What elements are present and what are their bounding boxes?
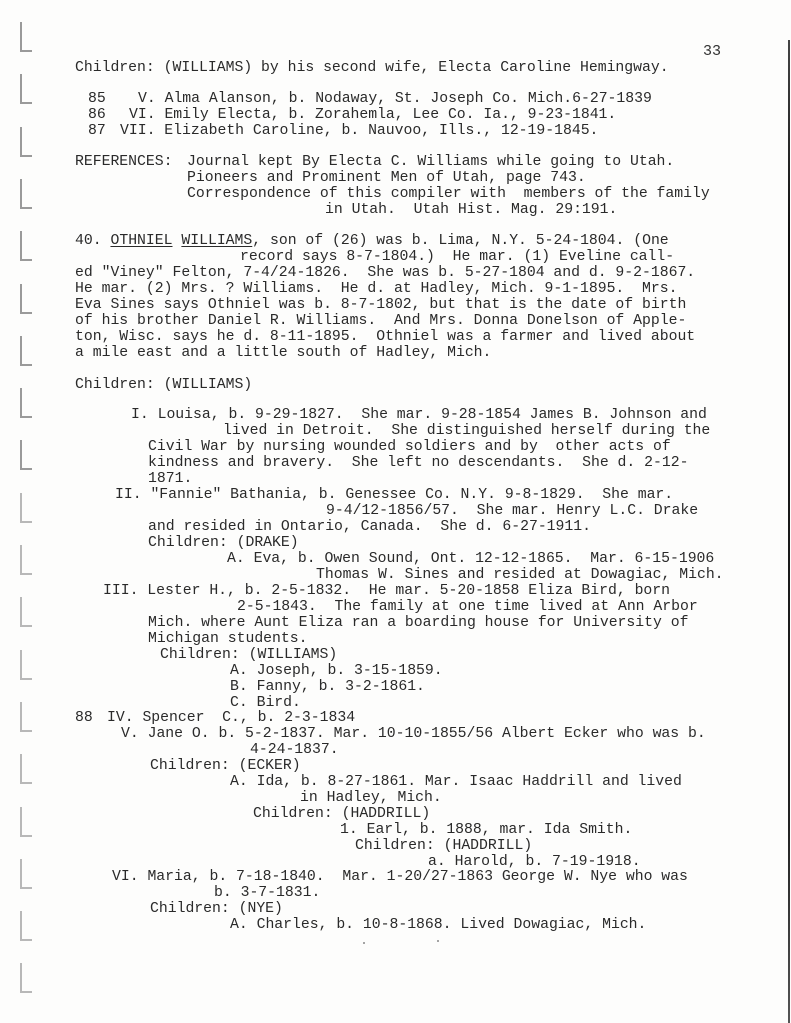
child-entry: kindness and bravery. She left no descen… bbox=[148, 455, 688, 471]
margin-mark bbox=[20, 440, 32, 470]
child-entry: I. Louisa, b. 9-29-1827. She mar. 9-28-1… bbox=[131, 407, 707, 423]
entry-last-name: WILLIAMS bbox=[181, 233, 252, 249]
child-ref: 85 bbox=[88, 91, 106, 107]
entry-text: He mar. (2) Mrs. ? Williams. He d. at Ha… bbox=[75, 281, 677, 297]
margin-mark bbox=[20, 545, 32, 575]
child-ref: 88 bbox=[75, 710, 93, 726]
margin-mark bbox=[20, 284, 32, 314]
child-entry: 4-24-1837. bbox=[250, 742, 339, 758]
child-entry: Mich. where Aunt Eliza ran a boarding ho… bbox=[148, 615, 688, 631]
entry-first-name: OTHNIEL bbox=[110, 233, 172, 249]
grandchild-entry: B. Fanny, b. 3-2-1861. bbox=[230, 679, 425, 695]
entry-text: record says 8-7-1804.) He mar. (1) Eveli… bbox=[240, 249, 674, 265]
entry-number: 40. bbox=[75, 233, 102, 249]
margin-mark bbox=[20, 179, 32, 209]
child-entry: IV. Spencer C., b. 2-3-1834 bbox=[107, 710, 355, 726]
child-entry: lived in Detroit. She distinguished hers… bbox=[223, 423, 710, 439]
margin-mark bbox=[20, 859, 32, 889]
child-ref: 87 bbox=[88, 123, 106, 139]
margin-mark bbox=[20, 911, 32, 941]
margin-mark bbox=[20, 388, 32, 418]
grandchild-entry: A. Joseph, b. 3-15-1859. bbox=[230, 663, 443, 679]
children-heading: Children: (HADDRILL) bbox=[253, 806, 430, 822]
entry-text: , son of (26) was b. Lima, N.Y. 5-24-180… bbox=[252, 233, 668, 249]
page-number: 33 bbox=[703, 44, 721, 60]
entry-heading: 40. OTHNIEL WILLIAMS, son of (26) was b.… bbox=[75, 233, 669, 249]
children-heading: Children: (WILLIAMS) bbox=[75, 377, 252, 393]
child-entry: II. "Fannie" Bathania, b. Genessee Co. N… bbox=[115, 487, 673, 503]
entry-text: Eva Sines says Othniel was b. 8-7-1802, … bbox=[75, 297, 686, 313]
great-grandchild-entry: 1. Earl, b. 1888, mar. Ida Smith. bbox=[340, 822, 632, 838]
margin-mark bbox=[20, 650, 32, 680]
child-entry: Civil War by nursing wounded soldiers an… bbox=[148, 439, 671, 455]
child-entry: III. Lester H., b. 2-5-1832. He mar. 5-2… bbox=[103, 583, 670, 599]
children-heading: Children: (WILLIAMS) bbox=[160, 647, 337, 663]
child-entry: V. Jane O. b. 5-2-1837. Mar. 10-10-1855/… bbox=[121, 726, 706, 742]
children-heading: Children: (NYE) bbox=[150, 901, 283, 917]
great-great-grandchild-entry: a. Harold, b. 7-19-1918. bbox=[428, 854, 641, 870]
child-entry: VI. Emily Electa, b. Zorahemla, Lee Co. … bbox=[129, 107, 616, 123]
margin-mark bbox=[20, 336, 32, 366]
grandchild-entry: A. Ida, b. 8-27-1861. Mar. Isaac Haddril… bbox=[230, 774, 682, 790]
reference-line: Pioneers and Prominent Men of Utah, page… bbox=[187, 170, 586, 186]
children-heading: Children: (HADDRILL) bbox=[355, 838, 532, 854]
margin-mark bbox=[20, 963, 32, 993]
page-edge-shadow bbox=[788, 40, 790, 1023]
reference-line: in Utah. Utah Hist. Mag. 29:191. bbox=[325, 202, 617, 218]
entry-text: of his brother Daniel R. Williams. And M… bbox=[75, 313, 686, 329]
margin-mark bbox=[20, 597, 32, 627]
child-entry: 2-5-1843. The family at one time lived a… bbox=[237, 599, 698, 615]
margin-mark bbox=[20, 74, 32, 104]
child-entry: VII. Elizabeth Caroline, b. Nauvoo, Ills… bbox=[120, 123, 598, 139]
child-entry: Michigan students. bbox=[148, 631, 307, 647]
grandchild-entry: A. Eva, b. Owen Sound, Ont. 12-12-1865. … bbox=[227, 551, 714, 567]
reference-line: Journal kept By Electa C. Williams while… bbox=[187, 154, 674, 170]
child-entry: and resided in Ontario, Canada. She d. 6… bbox=[148, 519, 591, 535]
grandchild-entry: in Hadley, Mich. bbox=[300, 790, 442, 806]
entry-text: ed "Viney" Felton, 7-4/24-1826. She was … bbox=[75, 265, 695, 281]
document-page: 33 Children: (WILLIAMS) by his second wi… bbox=[0, 0, 791, 1023]
margin-mark bbox=[20, 493, 32, 523]
child-entry: 1871. bbox=[148, 471, 192, 487]
margin-mark bbox=[20, 22, 32, 52]
grandchild-entry: A. Charles, b. 10-8-1868. Lived Dowagiac… bbox=[230, 917, 646, 933]
child-entry: 9-4/12-1856/57. She mar. Henry L.C. Drak… bbox=[326, 503, 698, 519]
grandchild-entry: Thomas W. Sines and resided at Dowagiac,… bbox=[316, 567, 724, 583]
child-entry: b. 3-7-1831. bbox=[214, 885, 320, 901]
children-heading: Children: (ECKER) bbox=[150, 758, 301, 774]
entry-text: a mile east and a little south of Hadley… bbox=[75, 345, 491, 361]
child-entry: VI. Maria, b. 7-18-1840. Mar. 1-20/27-18… bbox=[112, 869, 688, 885]
margin-mark bbox=[20, 807, 32, 837]
grandchild-entry: C. Bird. bbox=[230, 695, 301, 711]
speck bbox=[437, 940, 439, 942]
margin-mark bbox=[20, 231, 32, 261]
child-entry: V. Alma Alanson, b. Nodaway, St. Joseph … bbox=[138, 91, 652, 107]
entry-text: ton, Wisc. says he d. 8-11-1895. Othniel… bbox=[75, 329, 695, 345]
speck bbox=[363, 942, 365, 944]
children-heading: Children: (WILLIAMS) by his second wife,… bbox=[75, 60, 669, 76]
margin-mark bbox=[20, 702, 32, 732]
reference-line: Correspondence of this compiler with mem… bbox=[187, 186, 710, 202]
children-heading: Children: (DRAKE) bbox=[148, 535, 299, 551]
margin-mark bbox=[20, 754, 32, 784]
child-ref: 86 bbox=[88, 107, 106, 123]
margin-mark bbox=[20, 127, 32, 157]
references-label: REFERENCES: bbox=[75, 154, 172, 170]
